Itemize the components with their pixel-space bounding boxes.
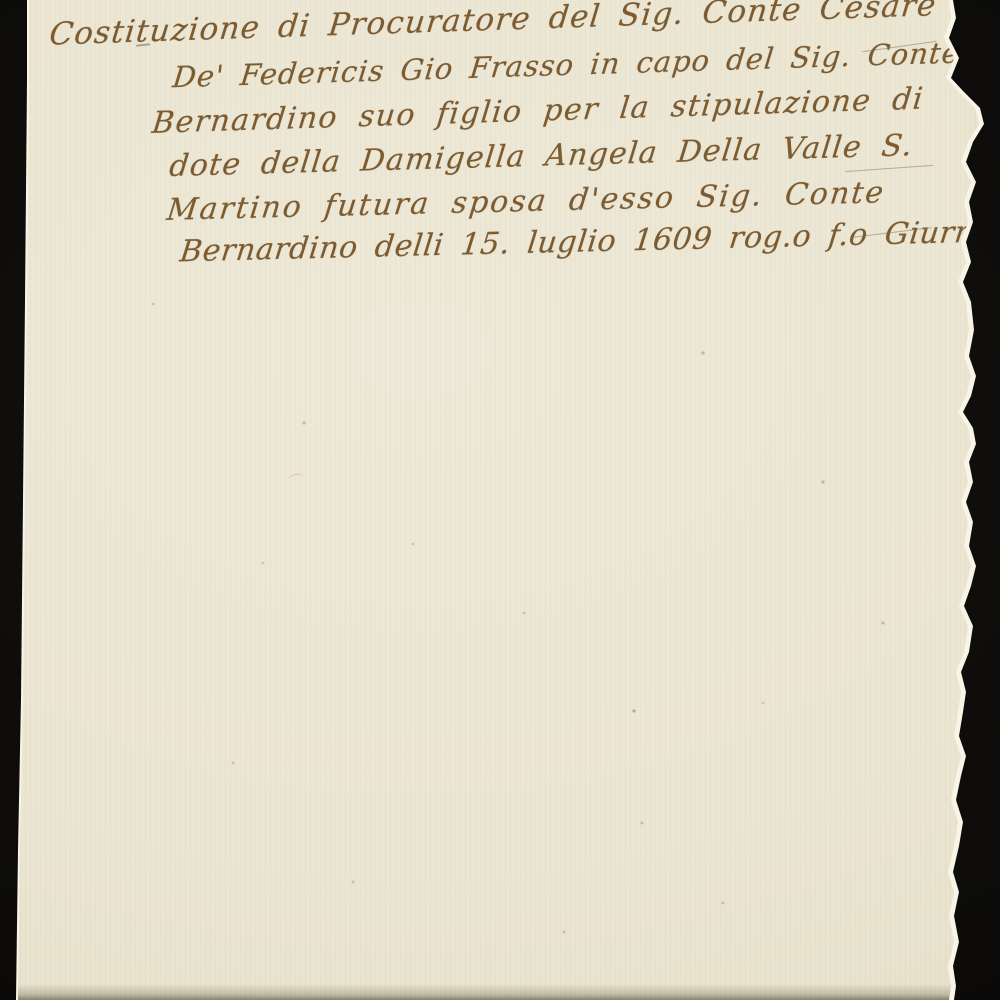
page-bottom-shadow bbox=[0, 984, 1000, 1000]
manuscript-text-block: Costituzione di Procuratore del Sig. Con… bbox=[0, 0, 1000, 322]
manuscript-page: Costituzione di Procuratore del Sig. Con… bbox=[0, 0, 1000, 1000]
photo-background: Costituzione di Procuratore del Sig. Con… bbox=[0, 0, 1000, 1000]
paper-specks bbox=[0, 0, 2, 2]
